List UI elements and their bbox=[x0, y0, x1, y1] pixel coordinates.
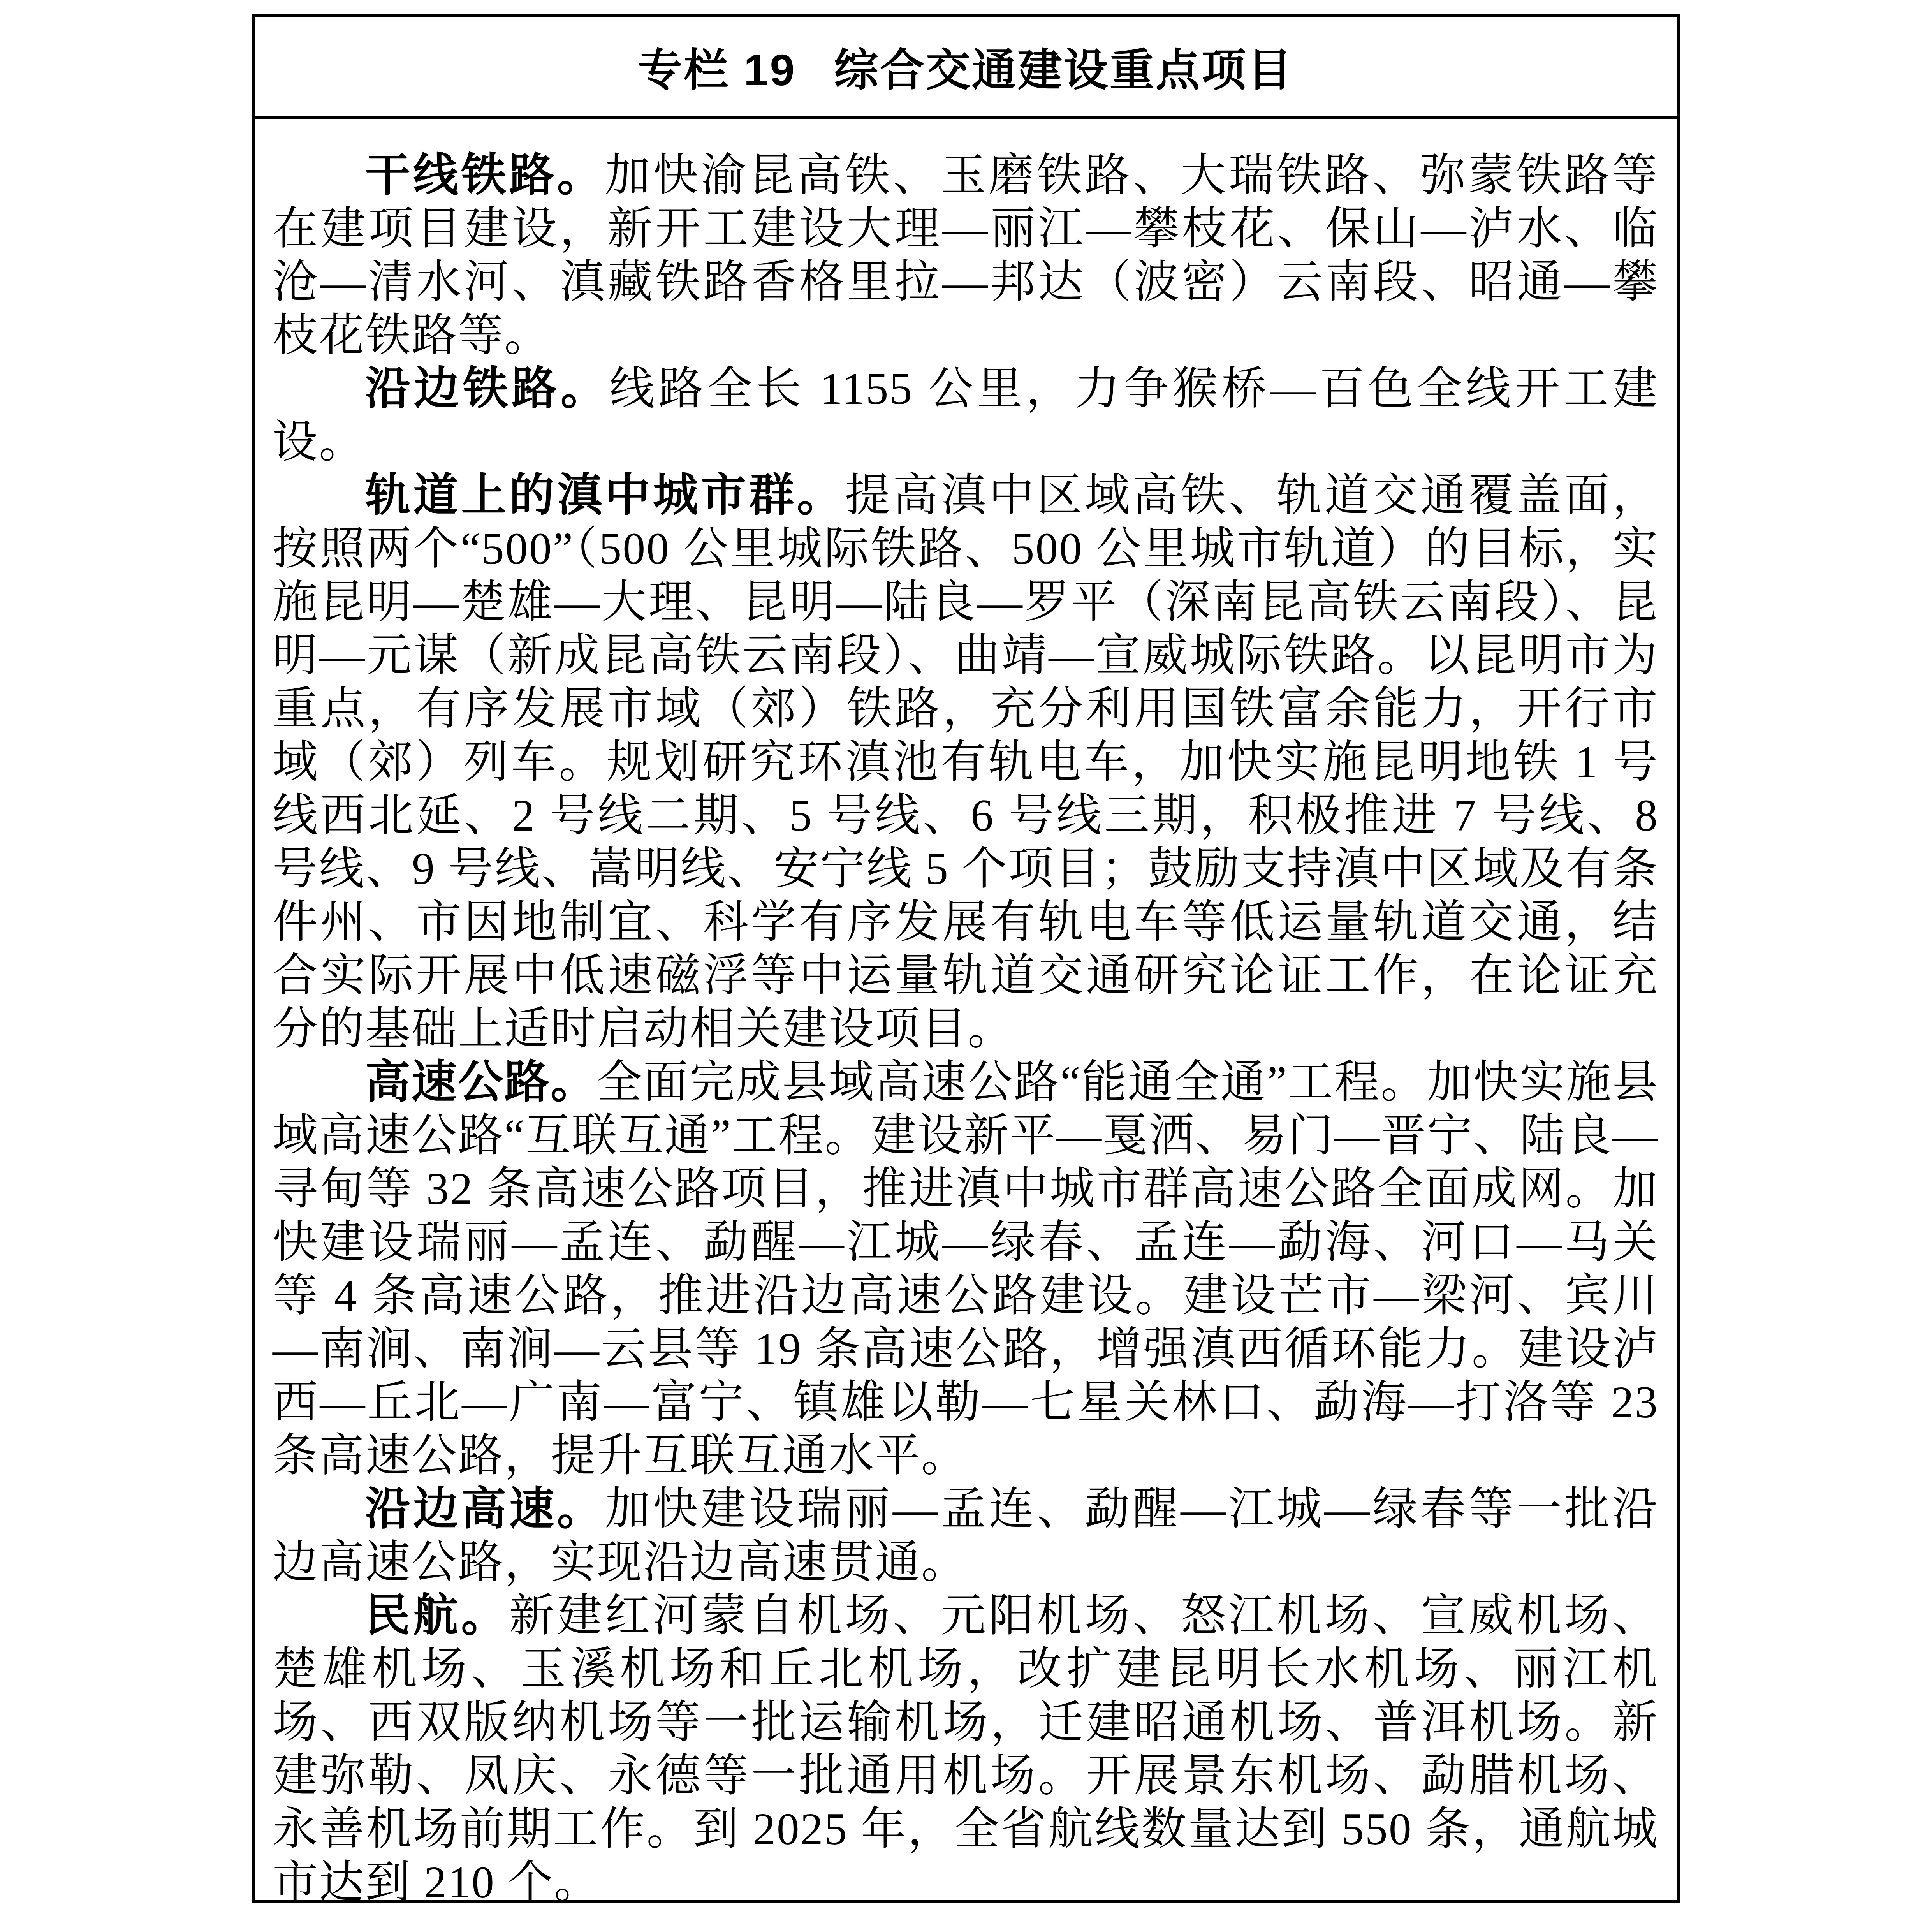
paragraph-lead: 轨道上的滇中城市群。 bbox=[365, 471, 845, 521]
paragraph: 沿边高速。加快建设瑞丽—孟连、勐醒—江城—绿春等一批沿边高速公路，实现沿边高速贯… bbox=[273, 1483, 1659, 1589]
paragraph-text: 提高滇中区域高铁、轨道交通覆盖面，按照两个“500”（500 公里城际铁路、50… bbox=[273, 471, 1659, 1054]
column-panel: 专栏 19 综合交通建设重点项目 干线铁路。加快渝昆高铁、玉磨铁路、大瑞铁路、弥… bbox=[252, 14, 1680, 1903]
page: 专栏 19 综合交通建设重点项目 干线铁路。加快渝昆高铁、玉磨铁路、大瑞铁路、弥… bbox=[0, 0, 1932, 1915]
paragraph: 沿边铁路。线路全长 1155 公里，力争猴桥—百色全线开工建设。 bbox=[273, 363, 1659, 469]
paragraph: 干线铁路。加快渝昆高铁、玉磨铁路、大瑞铁路、弥蒙铁路等在建项目建设，新开工建设大… bbox=[273, 149, 1659, 363]
paragraph: 轨道上的滇中城市群。提高滇中区域高铁、轨道交通覆盖面，按照两个“500”（500… bbox=[273, 469, 1659, 1056]
paragraph-lead: 民航。 bbox=[365, 1591, 509, 1641]
panel-title: 专栏 19 综合交通建设重点项目 bbox=[255, 17, 1677, 119]
paragraph-lead: 沿边高速。 bbox=[365, 1484, 605, 1534]
paragraph: 民航。新建红河蒙自机场、元阳机场、怒江机场、宣威机场、楚雄机场、玉溪机场和丘北机… bbox=[273, 1589, 1659, 1910]
panel-body: 干线铁路。加快渝昆高铁、玉磨铁路、大瑞铁路、弥蒙铁路等在建项目建设，新开工建设大… bbox=[255, 119, 1677, 1910]
paragraph: 高速公路。全面完成县域高速公路“能通全通”工程。加快实施县域高速公路“互联互通”… bbox=[273, 1056, 1659, 1483]
paragraph-text: 全面完成县域高速公路“能通全通”工程。加快实施县域高速公路“互联互通”工程。建设… bbox=[273, 1058, 1659, 1481]
paragraph-lead: 沿边铁路。 bbox=[365, 364, 610, 414]
paragraph-lead: 高速公路。 bbox=[365, 1058, 597, 1107]
paragraph-lead: 干线铁路。 bbox=[365, 151, 605, 201]
panel-title-heading: 综合交通建设重点项目 bbox=[834, 34, 1293, 98]
panel-title-label: 专栏 19 bbox=[638, 34, 796, 98]
